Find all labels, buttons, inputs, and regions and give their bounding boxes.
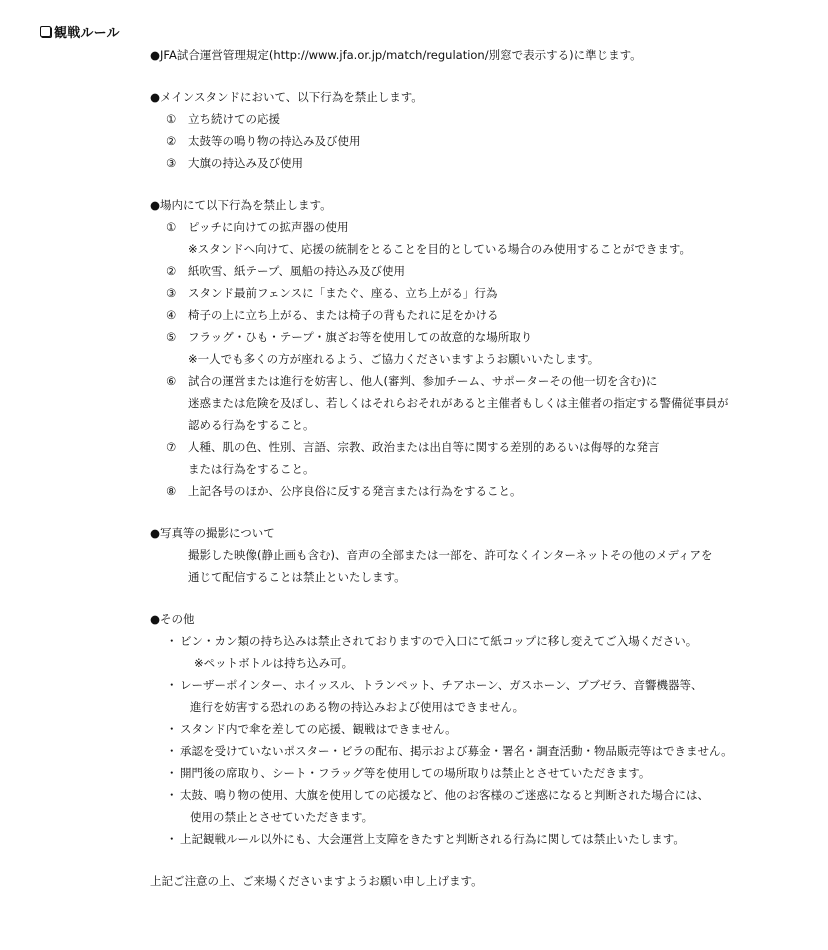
intro-prefix: ●JFA試合運営管理規定(: [150, 48, 273, 62]
item-number: ⑧: [166, 480, 188, 502]
item-text: 試合の運営または進行を妨害し、他人(審判、参加チーム、サポーターその他一切を含む…: [188, 374, 657, 388]
bullet-icon: ・: [166, 718, 180, 740]
venue-item-continuation: 認める行為をすること。: [150, 414, 790, 436]
main-stand-item: ③大旗の持込み及び使用: [150, 152, 790, 174]
rules-content: ●JFA試合運営管理規定(http://www.jfa.or.jp/match/…: [150, 44, 790, 892]
item-text: 上記観戦ルール以外にも、大会運営上支障をきたすと判断される行為に関しては禁止いた…: [180, 832, 685, 846]
main-stand-item: ②太鼓等の鳴り物の持込み及び使用: [150, 130, 790, 152]
item-text: 椅子の上に立ち上がる、または椅子の背もたれに足をかける: [188, 308, 499, 322]
item-text: ビン・カン類の持ち込みは禁止されておりますので入口にて紙コップに移し変えてご入場…: [180, 634, 697, 648]
bullet-icon: ・: [166, 784, 180, 806]
venue-item: ⑤フラッグ・ひも・テープ・旗ざお等を使用しての故意的な場所取り: [150, 326, 790, 348]
other-item-continuation: 使用の禁止とさせていただきます。: [150, 806, 790, 828]
item-text: フラッグ・ひも・テープ・旗ざお等を使用しての故意的な場所取り: [188, 330, 532, 344]
other-item: ・太鼓、鳴り物の使用、大旗を使用しての応援など、他のお客様のご迷惑になると判断さ…: [150, 784, 790, 806]
item-number: ⑥: [166, 370, 188, 392]
venue-item: ②紙吹雪、紙テープ、風船の持込み及び使用: [150, 260, 790, 282]
photo-heading: ●写真等の撮影について: [150, 522, 790, 544]
item-text: 太鼓、鳴り物の使用、大旗を使用しての応援など、他のお客様のご迷惑になると判断され…: [180, 788, 709, 802]
intro-line: ●JFA試合運営管理規定(http://www.jfa.or.jp/match/…: [150, 44, 790, 66]
item-number: ⑦: [166, 436, 188, 458]
item-text: 太鼓等の鳴り物の持込み及び使用: [188, 134, 361, 148]
venue-item-note: ※スタンドへ向けて、応援の統制をとることを目的としている場合のみ使用することがで…: [150, 238, 790, 260]
other-item: ・レーザーポインター、ホイッスル、トランペット、チアホーン、ガスホーン、ブブゼラ…: [150, 674, 790, 696]
venue-item-note: ※一人でも多くの方が座れるよう、ご協力くださいますようお願いいたします。: [150, 348, 790, 370]
venue-item: ①ピッチに向けての拡声器の使用: [150, 216, 790, 238]
item-number: ③: [166, 152, 188, 174]
bullet-icon: ・: [166, 740, 180, 762]
main-stand-item: ①立ち続けての応援: [150, 108, 790, 130]
item-text: 大旗の持込み及び使用: [188, 156, 303, 170]
other-item: ・スタンド内で傘を差しての応援、観戦はできません。: [150, 718, 790, 740]
venue-item: ③スタンド最前フェンスに「またぐ、座る、立ち上がる」行為: [150, 282, 790, 304]
other-item: ・ビン・カン類の持ち込みは禁止されておりますので入口にて紙コップに移し変えてご入…: [150, 630, 790, 652]
item-number: ②: [166, 130, 188, 152]
photo-text: 通じて配信することは禁止といたします。: [150, 566, 790, 588]
item-text: スタンド最前フェンスに「またぐ、座る、立ち上がる」行為: [188, 286, 497, 300]
venue-item: ④椅子の上に立ち上がる、または椅子の背もたれに足をかける: [150, 304, 790, 326]
item-text: 人種、肌の色、性別、言語、宗教、政治または出自等に関する差別的あるいは侮辱的な発…: [188, 440, 660, 454]
item-text: 紙吹雪、紙テープ、風船の持込み及び使用: [188, 264, 405, 278]
page-title-text: 観戦ルール: [54, 22, 120, 41]
other-item-note: ※ペットボトルは持ち込み可。: [150, 652, 790, 674]
other-item-continuation: 進行を妨害する恐れのある物の持込みおよび使用はできません。: [150, 696, 790, 718]
item-number: ④: [166, 304, 188, 326]
item-text: スタンド内で傘を差しての応援、観戦はできません。: [180, 722, 457, 736]
venue-item: ⑥試合の運営または進行を妨害し、他人(審判、参加チーム、サポーターその他一切を含…: [150, 370, 790, 392]
venue-heading: ●場内にて以下行為を禁止します。: [150, 194, 790, 216]
item-text: 立ち続けての応援: [188, 112, 280, 126]
checkbox-square-icon: [40, 26, 51, 37]
venue-item: ⑦人種、肌の色、性別、言語、宗教、政治または出自等に関する差別的あるいは侮辱的な…: [150, 436, 790, 458]
page-title: 観戦ルール: [40, 22, 120, 41]
other-item: ・承認を受けていないポスター・ビラの配布、掲示および募金・署名・調査活動・物品販…: [150, 740, 790, 762]
regulation-link[interactable]: http://www.jfa.or.jp/match/regulation/: [273, 48, 488, 62]
other-item: ・上記観戦ルール以外にも、大会運営上支障をきたすと判断される行為に関しては禁止い…: [150, 828, 790, 850]
bullet-icon: ・: [166, 674, 180, 696]
other-item: ・開門後の席取り、シート・フラッグ等を使用しての場所取りは禁止とさせていただきま…: [150, 762, 790, 784]
item-number: ①: [166, 216, 188, 238]
item-number: ⑤: [166, 326, 188, 348]
venue-item-continuation: 迷惑または危険を及ぼし、若しくはそれらおそれがあると主催者もしくは主催者の指定す…: [150, 392, 790, 414]
item-text: 承認を受けていないポスター・ビラの配布、掲示および募金・署名・調査活動・物品販売…: [180, 744, 733, 758]
item-text: レーザーポインター、ホイッスル、トランペット、チアホーン、ガスホーン、ブブゼラ、…: [180, 678, 703, 692]
venue-item-continuation: または行為をすること。: [150, 458, 790, 480]
item-text: ピッチに向けての拡声器の使用: [188, 220, 349, 234]
intro-suffix: 別窓で表示する)に準じます。: [489, 48, 642, 62]
bullet-icon: ・: [166, 828, 180, 850]
item-number: ③: [166, 282, 188, 304]
photo-text: 撮影した映像(静止画も含む)、音声の全部または一部を、許可なくインターネットその…: [150, 544, 790, 566]
item-number: ①: [166, 108, 188, 130]
other-heading: ●その他: [150, 608, 790, 630]
bullet-icon: ・: [166, 630, 180, 652]
venue-item: ⑧上記各号のほか、公序良俗に反する発言または行為をすること。: [150, 480, 790, 502]
item-number: ②: [166, 260, 188, 282]
closing-text: 上記ご注意の上、ご来場くださいますようお願い申し上げます。: [150, 870, 790, 892]
main-stand-heading: ●メインスタンドにおいて、以下行為を禁止します。: [150, 86, 790, 108]
item-text: 開門後の席取り、シート・フラッグ等を使用しての場所取りは禁止とさせていただきます…: [180, 766, 650, 780]
bullet-icon: ・: [166, 762, 180, 784]
item-text: 上記各号のほか、公序良俗に反する発言または行為をすること。: [188, 484, 522, 498]
